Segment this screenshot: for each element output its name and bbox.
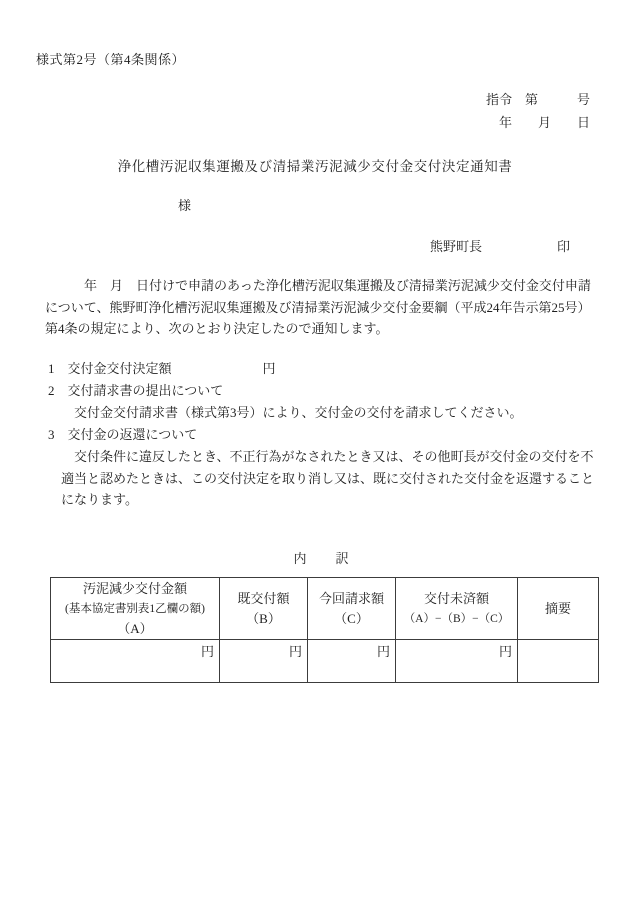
body-line: について、熊野町浄化槽汚泥収集運搬及び清掃業汚泥減少交付金要綱（平成24年告示第…: [45, 297, 591, 319]
numbered-items: 1 交付金交付決定額 円 2 交付請求書の提出について 交付金交付請求書（様式第…: [48, 358, 594, 511]
header-cell-unpaid-amount: 交付未済額 （A）−（B）−（C）: [396, 578, 518, 640]
breakdown-table: 汚泥減少交付金額 (基本協定書別表1乙欄の額) （A） 既交付額 （B） 今回請…: [50, 577, 599, 683]
body-line: 第4条の規定により、次のとおり決定したので通知します。: [45, 318, 591, 340]
breakdown-header-row: 汚泥減少交付金額 (基本協定書別表1乙欄の額) （A） 既交付額 （B） 今回請…: [51, 578, 599, 640]
directive-date-line: 年 月 日: [486, 111, 590, 134]
seal-mark: 印: [557, 236, 570, 255]
header-line: （C）: [308, 609, 395, 629]
header-line: (基本協定書別表1乙欄の額): [51, 599, 219, 619]
header-line: 摘要: [518, 599, 598, 619]
amount-cell-b: 円: [220, 640, 308, 683]
issuer-name: 熊野町長: [430, 236, 482, 255]
item-line-request-heading: 2 交付請求書の提出について: [48, 380, 594, 402]
header-line: （A）−（B）−（C）: [396, 609, 517, 629]
breakdown-amount-row: 円 円 円 円: [51, 640, 599, 683]
header-line: 既交付額: [220, 589, 307, 609]
header-cell-current-request: 今回請求額 （C）: [308, 578, 396, 640]
directive-block: 指令 第 号 年 月 日: [486, 88, 590, 134]
amount-cell-c: 円: [308, 640, 396, 683]
header-line: 汚泥減少交付金額: [51, 579, 219, 599]
header-line: （B）: [220, 609, 307, 629]
addressee-honorific: 様: [178, 195, 191, 214]
item-line-refund-body: 適当と認めたときは、この交付決定を取り消し又は、既に交付された交付金を返還するこ…: [48, 468, 594, 490]
body-line: 年 月 日付けで申請のあった浄化槽汚泥収集運搬及び清掃業汚泥減少交付金交付申請: [45, 275, 591, 297]
directive-number-line: 指令 第 号: [486, 88, 590, 111]
item-line-refund-body: になります。: [48, 489, 594, 511]
document-page: 様式第2号（第4条関係） 指令 第 号 年 月 日 浄化槽汚泥収集運搬及び清掃業…: [0, 0, 630, 915]
header-cell-paid-amount: 既交付額 （B）: [220, 578, 308, 640]
item-line-refund-heading: 3 交付金の返還について: [48, 424, 594, 446]
item-line-decision-amount: 1 交付金交付決定額 円: [48, 358, 594, 380]
header-cell-remarks: 摘要: [518, 578, 599, 640]
breakdown-heading: 内 訳: [50, 548, 593, 567]
header-line: （A）: [51, 619, 219, 639]
amount-cell-remarks: [518, 640, 599, 683]
body-paragraph: 年 月 日付けで申請のあった浄化槽汚泥収集運搬及び清掃業汚泥減少交付金交付申請 …: [45, 275, 591, 340]
amount-cell-unpaid: 円: [396, 640, 518, 683]
document-title: 浄化槽汚泥収集運搬及び清掃業汚泥減少交付金交付決定通知書: [0, 155, 630, 175]
item-line-refund-body: 交付条件に違反したとき、不正行為がなされたとき又は、その他町長が交付金の交付を不: [48, 446, 594, 468]
issuer-line: 熊野町長 印: [430, 236, 570, 255]
item-line-request-body: 交付金交付請求書（様式第3号）により、交付金の交付を請求してください。: [48, 402, 594, 424]
header-line: 今回請求額: [308, 589, 395, 609]
header-cell-sludge-grant-amount: 汚泥減少交付金額 (基本協定書別表1乙欄の額) （A）: [51, 578, 220, 640]
header-line: 交付未済額: [396, 589, 517, 609]
form-number: 様式第2号（第4条関係）: [36, 49, 185, 68]
amount-cell-a: 円: [51, 640, 220, 683]
